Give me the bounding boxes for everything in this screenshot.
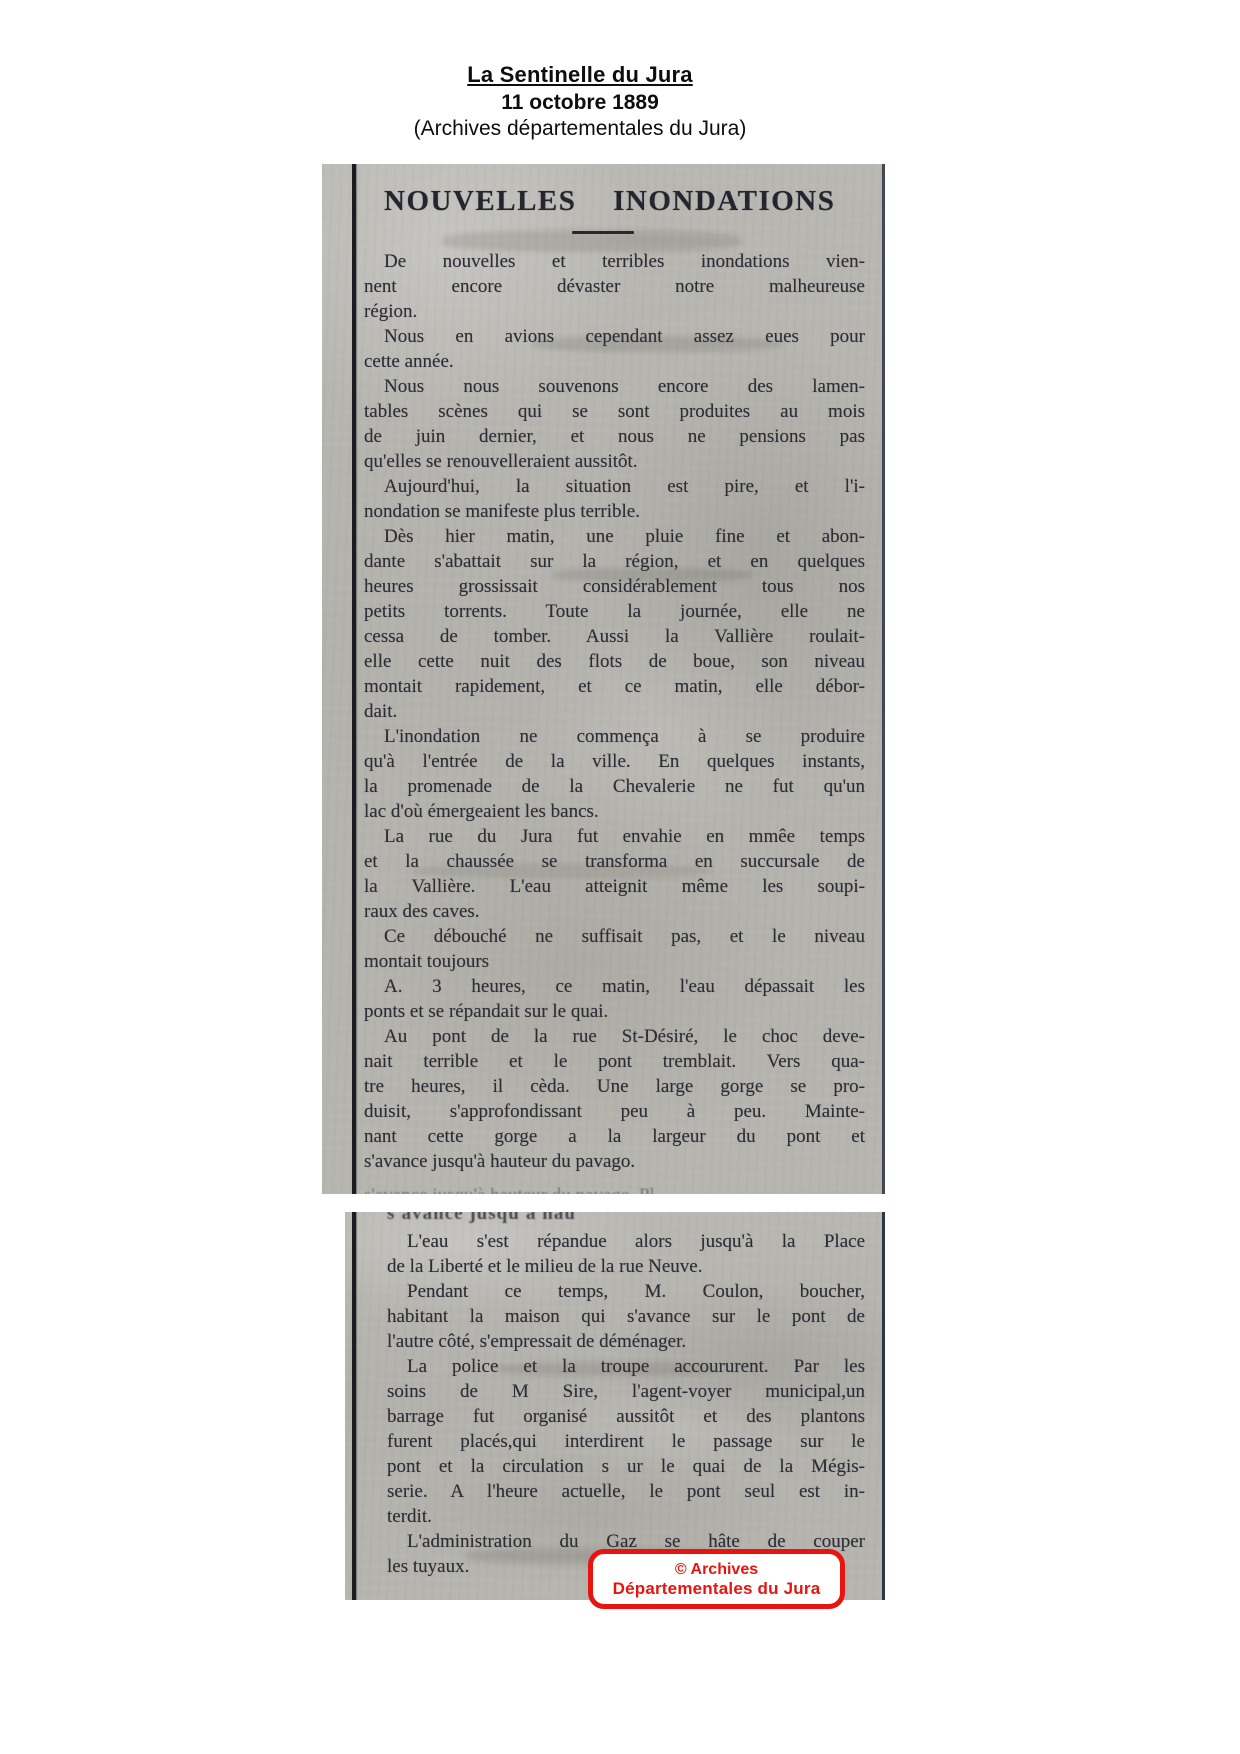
article-line: La police et la troupe accoururent. Par … (387, 1354, 865, 1379)
article-line: Au pont de la rue St-Désiré, le choc dev… (364, 1024, 865, 1049)
article-line: barrage fut organisé aussitôt et des pla… (387, 1404, 865, 1429)
article-line: région. (364, 299, 865, 324)
article-line: De nouvelles et terribles inondations vi… (364, 249, 865, 274)
article-line: montait rapidement, et ce matin, elle dé… (364, 674, 865, 699)
article-headline: NOUVELLES INONDATIONS (384, 185, 877, 218)
article-line: furent placés,qui interdirent le passage… (387, 1429, 865, 1454)
article-line: elle cette nuit des flots de boue, son n… (364, 649, 865, 674)
newspaper-clipping-top: NOUVELLES INONDATIONS De nouvelles et te… (322, 164, 885, 1194)
article-line: nent encore dévaster notre malheureuse (364, 274, 865, 299)
article-line: serie. A l'heure actuelle, le pont seul … (387, 1479, 865, 1504)
article-line: heures grossissait considérablement tous… (364, 574, 865, 599)
article-line: Nous en avions cependant assez eues pour (364, 324, 865, 349)
article-line: pont et la circulation s ur le quai de l… (387, 1454, 865, 1479)
column-rule-right (882, 1212, 885, 1600)
article-line: nait terrible et le pont tremblait. Vers… (364, 1049, 865, 1074)
column-rule-left (352, 1212, 356, 1600)
cropped-line-bottom: s'avance jusqu'à hauteur du pavage. Pl. (364, 1183, 867, 1194)
article-line: s'avance jusqu'à hauteur du pavago. (364, 1149, 865, 1174)
article-line: L'inondation ne commença à se produire (364, 724, 865, 749)
article-line: Ce débouché ne suffisait pas, et le nive… (364, 924, 865, 949)
article-line: ponts et se répandait sur le quai. (364, 999, 865, 1024)
article-line: Aujourd'hui, la situation est pire, et l… (364, 474, 865, 499)
article-line: tre heures, il cèda. Une large gorge se … (364, 1074, 865, 1099)
article-line: tables scènes qui se sont produites au m… (364, 399, 865, 424)
article-line: cessa de tomber. Aussi la Vallière roula… (364, 624, 865, 649)
article-line: Dès hier matin, une pluie fine et abon- (364, 524, 865, 549)
archive-source: (Archives départementales du Jura) (320, 117, 840, 141)
stamp-copyright-line: © Archives (675, 1560, 758, 1579)
newspaper-clipping-bottom: s'avance jusqu'à hau L'eau s'est répandu… (345, 1212, 885, 1600)
cropped-line-top: s'avance jusqu'à hau (387, 1212, 867, 1226)
article-line: terdit. (387, 1504, 865, 1529)
newspaper-title: La Sentinelle du Jura (320, 62, 840, 88)
issue-date: 11 octobre 1889 (320, 91, 840, 115)
article-line: de juin dernier, et nous ne pensions pas (364, 424, 865, 449)
document-header: La Sentinelle du Jura 11 octobre 1889 (A… (320, 62, 840, 141)
article-line: montait toujours (364, 949, 865, 974)
article-line: soins de M Sire, l'agent-voyer municipal… (387, 1379, 865, 1404)
article-line: la promenade de la Chevalerie ne fut qu'… (364, 774, 865, 799)
page: La Sentinelle du Jura 11 octobre 1889 (A… (0, 0, 1240, 1754)
article-line: qu'à l'entrée de la ville. En quelques i… (364, 749, 865, 774)
article-line: petits torrents. Toute la journée, elle … (364, 599, 865, 624)
article-line: raux des caves. (364, 899, 865, 924)
article-line: duisit, s'approfondissant peu à peu. Mai… (364, 1099, 865, 1124)
article-line: dante s'abattait sur la région, et en qu… (364, 549, 865, 574)
article-body-bottom: L'eau s'est répandue alors jusqu'à la Pl… (387, 1229, 865, 1579)
article-line: La rue du Jura fut envahie en mmêe temps (364, 824, 865, 849)
article-line: de la Liberté et le milieu de la rue Neu… (387, 1254, 865, 1279)
column-rule-right (882, 164, 885, 1194)
article-body-top: De nouvelles et terribles inondations vi… (364, 249, 865, 1174)
headline-divider (572, 231, 634, 234)
stamp-owner-line: Départementales du Jura (613, 1579, 821, 1599)
article-line: Nous nous souvenons encore des lamen- (364, 374, 865, 399)
article-line: dait. (364, 699, 865, 724)
article-line: A. 3 heures, ce matin, l'eau dépassait l… (364, 974, 865, 999)
article-line: L'eau s'est répandue alors jusqu'à la Pl… (387, 1229, 865, 1254)
article-line: et la chaussée se transforma en succursa… (364, 849, 865, 874)
column-rule-left (352, 164, 356, 1194)
article-line: habitant la maison qui s'avance sur le p… (387, 1304, 865, 1329)
article-line: cette année. (364, 349, 865, 374)
article-line: nondation se manifeste plus terrible. (364, 499, 865, 524)
article-line: lac d'où émergeaient les bancs. (364, 799, 865, 824)
article-line: l'autre côté, s'empressait de déménager. (387, 1329, 865, 1354)
article-line: Pendant ce temps, M. Coulon, boucher, (387, 1279, 865, 1304)
article-line: qu'elles se renouvelleraient aussitôt. (364, 449, 865, 474)
article-line: la Vallière. L'eau atteignit même les so… (364, 874, 865, 899)
archives-stamp: © Archives Départementales du Jura (588, 1549, 845, 1609)
article-line: nant cette gorge a la largeur du pont et (364, 1124, 865, 1149)
